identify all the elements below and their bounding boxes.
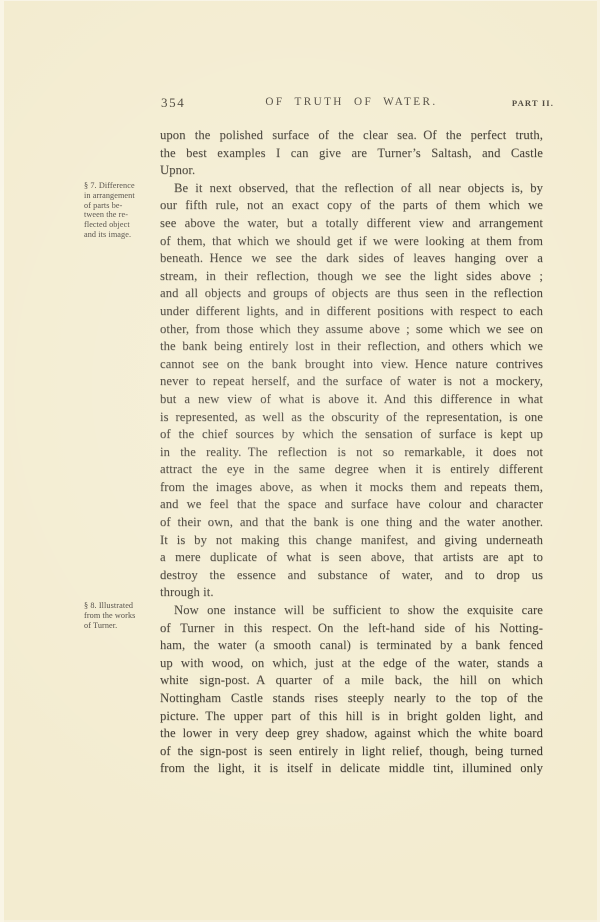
margin-note-line: of Turner.: [84, 621, 158, 631]
text-line: in the reality. The reflection is not so…: [160, 444, 543, 462]
margin-note-line: of parts be-: [84, 201, 158, 211]
text-line: cannot see on the bank brought into view…: [160, 356, 543, 374]
text-line: under different lights, and in different…: [160, 303, 543, 321]
book-page: 354 OF TRUTH OF WATER. PART II. § 7. Dif…: [0, 0, 600, 922]
text-line: see above the water, but a totally diffe…: [160, 215, 543, 233]
text-line: and all objects and groups of objects ar…: [160, 285, 543, 303]
text-line: Nottingham Castle stands rises steeply n…: [160, 690, 543, 708]
text-line: the lower in very deep grey shadow, agai…: [160, 725, 543, 743]
text-line: from the light, it is itself in delicate…: [160, 760, 543, 778]
text-line: the bank being entirely lost in their re…: [160, 338, 543, 356]
text-line: from the images above, as when it mocks …: [160, 479, 543, 497]
text-line: our fifth rule, not an exact copy of the…: [160, 197, 543, 215]
paragraph: Now one instance will be sufficient to s…: [160, 602, 543, 778]
text-line: up with wood, on which, just at the edge…: [160, 655, 543, 673]
margin-note-section-7: § 7. Differencein arrangementof parts be…: [84, 181, 158, 240]
margin-note-line: and its image.: [84, 230, 158, 240]
text-line: a mere duplicate of what is seen above, …: [160, 549, 543, 567]
text-line: destroy the essence and substance of wat…: [160, 567, 543, 585]
margin-note-line: from the works: [84, 611, 158, 621]
margin-note-section-8: § 8. Illustratedfrom the worksof Turner.: [84, 601, 158, 630]
text-line: never to repeat herself, and the surface…: [160, 373, 543, 391]
text-line: through it.: [160, 584, 543, 602]
text-line: of their own, and that the bank is one t…: [160, 514, 543, 532]
text-line: of the chief sources by which the sensat…: [160, 426, 543, 444]
text-line: of Turner in this respect. On the left-h…: [160, 620, 543, 638]
margin-note-line: § 7. Difference: [84, 181, 158, 191]
text-line: attract the eye in the same degree when …: [160, 461, 543, 479]
text-line: picture. The upper part of this hill is …: [160, 708, 543, 726]
text-line: stream, in their reflection, though we s…: [160, 268, 543, 286]
running-title: OF TRUTH OF WATER.: [160, 96, 543, 108]
text-line: ham, the water (a smooth canal) is termi…: [160, 637, 543, 655]
text-line: Be it next observed, that the reflection…: [160, 180, 543, 198]
text-line: of the sign-post is seen entirely in lig…: [160, 743, 543, 761]
text-line: beneath. Hence we see the dark sides of …: [160, 250, 543, 268]
paragraph: upon the polished surface of the clear s…: [160, 127, 543, 180]
text-line: the best examples I can give are Turner’…: [160, 145, 543, 163]
text-line: other, from those which they assume abov…: [160, 321, 543, 339]
text-line: and we feel that the space and surface h…: [160, 496, 543, 514]
margin-note-line: tween the re-: [84, 210, 158, 220]
margin-note-line: in arrangement: [84, 191, 158, 201]
text-line: It is by not making this change manifest…: [160, 532, 543, 550]
text-line: Now one instance will be sufficient to s…: [160, 602, 543, 620]
body-text: upon the polished surface of the clear s…: [160, 127, 543, 778]
margin-note-line: flected object: [84, 220, 158, 230]
margin-note-line: § 8. Illustrated: [84, 601, 158, 611]
text-line: but a new view of what is above it. And …: [160, 391, 543, 409]
text-line: of them, that which we should get if we …: [160, 233, 543, 251]
part-label: PART II.: [512, 98, 554, 108]
text-line: Upnor.: [160, 162, 543, 180]
paragraph: Be it next observed, that the reflection…: [160, 180, 543, 602]
text-line: is represented, as well as the obscurity…: [160, 409, 543, 427]
text-line: white sign-post. A quarter of a mile bac…: [160, 672, 543, 690]
text-line: upon the polished surface of the clear s…: [160, 127, 543, 145]
